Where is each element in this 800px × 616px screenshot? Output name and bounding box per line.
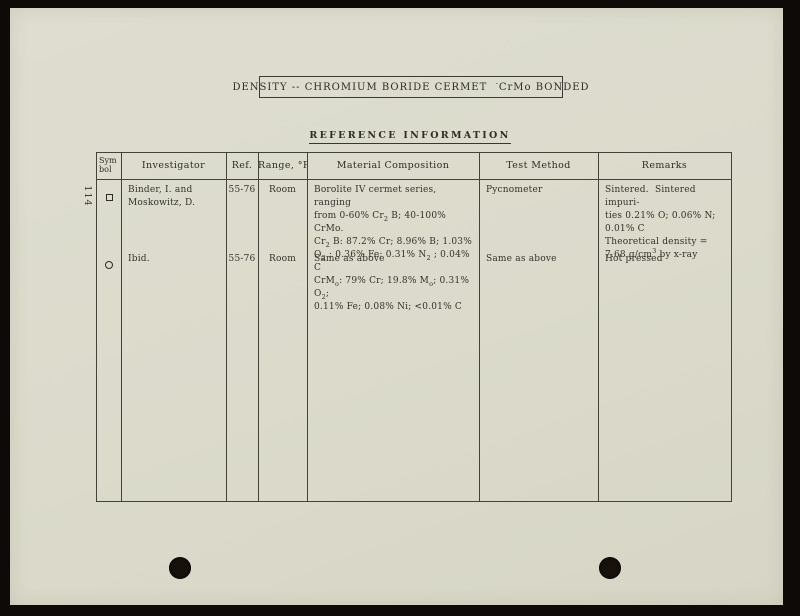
table-row-1-test-method: Pycnometer — [486, 184, 594, 197]
table-row-2-range: Room — [258, 253, 307, 266]
punch-hole-left — [169, 557, 191, 579]
column-header-symbol: Sym bol — [97, 153, 121, 179]
section-heading-wrap: REFERENCE INFORMATION — [300, 123, 520, 144]
column-header-material: Material Composition — [307, 153, 479, 179]
reference-table: Sym bol Investigator Ref. Range, °R Mate… — [96, 152, 732, 502]
title-box: DENSITY -- CHROMIUM BORIDE CERMET -CrMo … — [259, 76, 563, 98]
page-title: DENSITY -- CHROMIUM BORIDE CERMET -CrMo … — [232, 82, 589, 93]
table-divider — [598, 153, 599, 501]
column-header-ref: Ref. — [226, 153, 258, 179]
table-divider — [121, 153, 122, 501]
table-row-1-investigator: Binder, I. and Moskowitz, D. — [128, 184, 223, 210]
table-row-1-material: Borolite IV cermet series, rangingfrom 0… — [314, 184, 476, 314]
table-row-1-ref: 55-76 — [226, 184, 258, 197]
table-divider — [226, 153, 227, 501]
table-row-2-test-method: Same as above — [486, 253, 594, 266]
column-header-investigator: Investigator — [121, 153, 226, 179]
column-header-test-method: Test Method — [479, 153, 598, 179]
table-row-1-symbol — [97, 186, 121, 205]
column-header-remarks: Remarks — [598, 153, 731, 179]
paper: DENSITY -- CHROMIUM BORIDE CERMET -CrMo … — [10, 8, 783, 605]
column-header-range: Range, °R — [258, 153, 307, 179]
scanned-page: DENSITY -- CHROMIUM BORIDE CERMET -CrMo … — [0, 0, 800, 616]
table-row-1-range: Room — [258, 184, 307, 197]
table-row-2-symbol — [97, 254, 121, 273]
punch-hole-right — [599, 557, 621, 579]
table-divider — [307, 153, 308, 501]
table-row-2-material: Same as above — [314, 253, 476, 266]
section-heading: REFERENCE INFORMATION — [309, 130, 510, 144]
header-divider — [97, 179, 731, 180]
circle-symbol — [105, 261, 113, 269]
table-row-1-remarks: Sintered. Sintered impuri-ties 0.21% O; … — [605, 184, 729, 262]
table-divider — [479, 153, 480, 501]
table-row-2-investigator: Ibid. — [128, 253, 223, 266]
table-divider — [258, 153, 259, 501]
side-page-number: 114 — [77, 181, 93, 211]
table-row-2-ref: 55-76 — [226, 253, 258, 266]
table-row-2-remarks: Hot pressed — [605, 253, 729, 266]
square-symbol — [106, 194, 113, 201]
